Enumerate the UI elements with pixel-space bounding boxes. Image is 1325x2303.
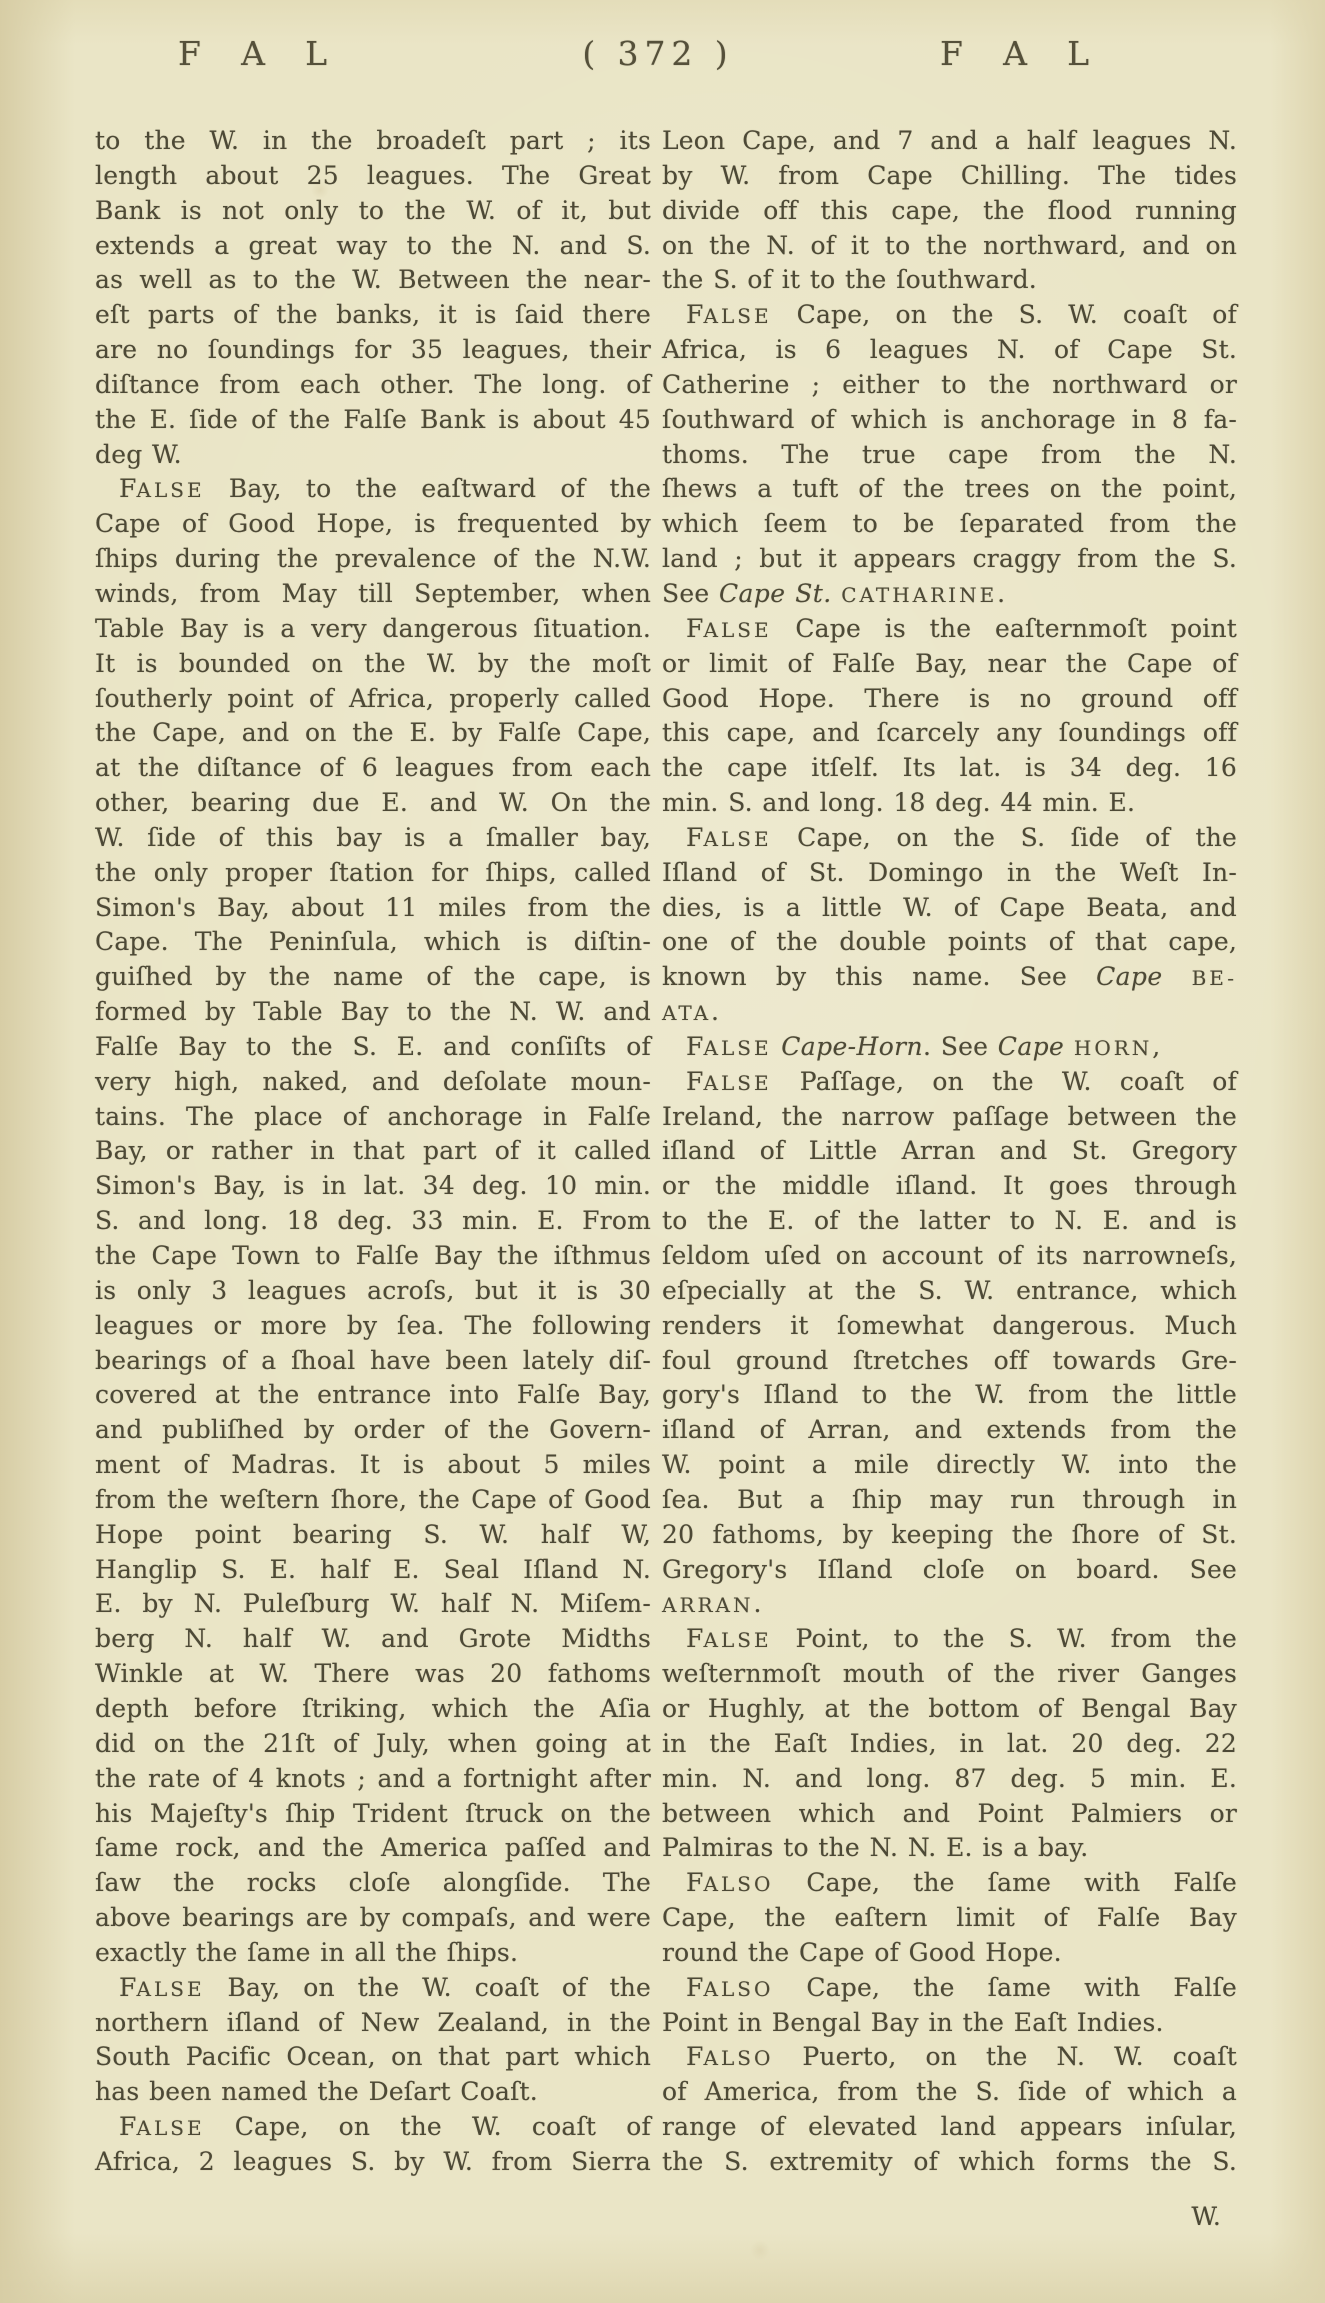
text-line: Africa, 2 leagues S. by W. from Sierra xyxy=(95,2145,651,2180)
text-line: FALSO Cape, the ſame with Falſe xyxy=(662,1866,1237,1901)
text-line: this cape, and ſcarcely any ſoundings of… xyxy=(662,716,1237,751)
text-line: Leon Cape, and 7 and a half leagues N. xyxy=(662,124,1237,159)
text-line: length about 25 leagues. The Great xyxy=(95,159,651,194)
text-line: Simon's Bay, is in lat. 34 deg. 10 min. xyxy=(95,1169,651,1204)
text-line: Cape of Good Hope, is frequented by xyxy=(95,507,651,542)
text-line: formed by Table Bay to the N. W. and xyxy=(95,995,651,1030)
text-line: Palmiras to the N. N. E. is a bay. xyxy=(662,1831,1237,1866)
text-line: See Cape St. CATHARINE. xyxy=(662,577,1237,612)
text-line: to the W. in the broadeſt part ; its xyxy=(95,124,651,159)
text-line: eſt parts of the banks, it is ſaid there xyxy=(95,298,651,333)
text-line: extends a great way to the N. and S. xyxy=(95,229,651,264)
text-line: did on the 21ſt of July, when going at xyxy=(95,1727,651,1762)
text-line: thoms. The true cape from the N. xyxy=(662,438,1237,473)
text-line: FALSE Bay, on the W. coaſt of the xyxy=(95,1971,651,2006)
text-line: FALSE Bay, to the eaſtward of the xyxy=(95,472,651,507)
text-line: of America, from the S. ſide of which a xyxy=(662,2075,1237,2110)
text-line: weſternmoſt mouth of the river Ganges xyxy=(662,1657,1237,1692)
text-line: iſland of Little Arran and St. Gregory xyxy=(662,1134,1237,1169)
text-line: one of the double points of that cape, xyxy=(662,925,1237,960)
text-line: other, bearing due E. and W. On the xyxy=(95,786,651,821)
text-line: ſea. But a ſhip may run through in xyxy=(662,1483,1237,1518)
text-line: on the N. of it to the northward, and on xyxy=(662,229,1237,264)
text-line: Iſland of St. Domingo in the Weſt In- xyxy=(662,856,1237,891)
text-line: ment of Madras. It is about 5 miles xyxy=(95,1448,651,1483)
text-line: renders it ſomewhat dangerous. Much xyxy=(662,1309,1237,1344)
text-line: Falſe Bay to the S. E. and conſiſts of xyxy=(95,1030,651,1065)
text-line: from the weſtern ſhore, the Cape of Good xyxy=(95,1483,651,1518)
text-line: leagues or more by ſea. The following xyxy=(95,1309,651,1344)
text-line: known by this name. See Cape BE- xyxy=(662,960,1237,995)
text-line: Winkle at W. There was 20 fathoms xyxy=(95,1657,651,1692)
header-left-title: F A L xyxy=(178,34,342,73)
text-line: 20 fathoms, by keeping the ſhore of St. xyxy=(662,1518,1237,1553)
text-line: ſoutherly point of Africa, properly call… xyxy=(95,682,651,717)
text-line: the S. of it to the ſouthward. xyxy=(662,263,1237,298)
text-line: guiſhed by the name of the cape, is xyxy=(95,960,651,995)
text-line: min. S. and long. 18 deg. 44 min. E. xyxy=(662,786,1237,821)
text-line: ſouthward of which is anchorage in 8 fa- xyxy=(662,403,1237,438)
text-line: Bank is not only to the W. of it, but xyxy=(95,194,651,229)
text-line: depth before ſtriking, which the Aſia xyxy=(95,1692,651,1727)
page-header: F A L ( 372 ) F A L xyxy=(0,34,1325,86)
header-right-title: F A L xyxy=(940,34,1104,73)
text-line: foul ground ſtretches off towards Gre- xyxy=(662,1344,1237,1379)
text-line: min. N. and long. 87 deg. 5 min. E. xyxy=(662,1762,1237,1797)
text-line: or Hughly, at the bottom of Bengal Bay xyxy=(662,1692,1237,1727)
column-left: to the W. in the broadeſt part ; itsleng… xyxy=(95,124,651,2180)
text-line: divide off this cape, the flood running xyxy=(662,194,1237,229)
text-line: winds, from May till September, when xyxy=(95,577,651,612)
text-line: which ſeem to be ſeparated from the xyxy=(662,507,1237,542)
text-line: Hanglip S. E. half E. Seal Iſland N. xyxy=(95,1553,651,1588)
text-line: is only 3 leagues acroſs, but it is 30 xyxy=(95,1274,651,1309)
text-line: bearings of a ſhoal have been lately diſ… xyxy=(95,1344,651,1379)
text-line: Gregory's Iſland cloſe on board. See xyxy=(662,1553,1237,1588)
text-line: and publiſhed by order of the Govern- xyxy=(95,1413,651,1448)
text-line: the rate of 4 knots ; and a fortnight af… xyxy=(95,1762,651,1797)
text-line: FALSE Cape is the eaſternmoſt point xyxy=(662,612,1237,647)
text-line: has been named the Deſart Coaſt. xyxy=(95,2075,651,2110)
text-line: the E. ſide of the Falſe Bank is about 4… xyxy=(95,403,651,438)
text-line: to the E. of the latter to N. E. and is xyxy=(662,1204,1237,1239)
text-line: round the Cape of Good Hope. xyxy=(662,1936,1237,1971)
text-line: Hope point bearing S. W. half W, xyxy=(95,1518,651,1553)
text-line: FALSO Cape, the ſame with Falſe xyxy=(662,1971,1237,2006)
text-line: are no ſoundings for 35 leagues, their xyxy=(95,333,651,368)
text-line: South Pacific Ocean, on that part which xyxy=(95,2040,651,2075)
text-line: by W. from Cape Chilling. The tides xyxy=(662,159,1237,194)
text-line: FALSO Puerto, on the N. W. coaſt xyxy=(662,2040,1237,2075)
text-line: FALSE Cape, on the W. coaſt of xyxy=(95,2110,651,2145)
text-line: covered at the entrance into Falſe Bay, xyxy=(95,1378,651,1413)
page-number: ( 372 ) xyxy=(582,34,733,73)
text-line: Good Hope. There is no ground off xyxy=(662,682,1237,717)
text-line: the only proper ſtation for ſhips, calle… xyxy=(95,856,651,891)
text-line: deg W. xyxy=(95,438,651,473)
text-line: Ireland, the narrow paſſage between the xyxy=(662,1100,1237,1135)
text-line: S. and long. 18 deg. 33 min. E. From xyxy=(95,1204,651,1239)
text-line: ſhews a tuft of the trees on the point, xyxy=(662,472,1237,507)
text-line: in the Eaſt Indies, in lat. 20 deg. 22 xyxy=(662,1727,1237,1762)
text-line: ſeldom uſed on account of its narrowneſs… xyxy=(662,1239,1237,1274)
text-line: FALSE Point, to the S. W. from the xyxy=(662,1622,1237,1657)
text-line: E. by N. Puleſburg W. half N. Miſem- xyxy=(95,1587,651,1622)
text-line: It is bounded on the W. by the moſt xyxy=(95,647,651,682)
text-line: FALSE Paſſage, on the W. coaſt of xyxy=(662,1065,1237,1100)
text-line: FALSE Cape-Horn. See Cape HORN, xyxy=(662,1030,1237,1065)
text-line: Cape. The Peninſula, which is diſtin- xyxy=(95,925,651,960)
text-line: or limit of Falſe Bay, near the Cape of xyxy=(662,647,1237,682)
text-line: land ; but it appears craggy from the S. xyxy=(662,542,1237,577)
text-line: iſland of Arran, and extends from the xyxy=(662,1413,1237,1448)
text-line: ſaw the rocks cloſe alongſide. The xyxy=(95,1866,651,1901)
text-line: Africa, is 6 leagues N. of Cape St. xyxy=(662,333,1237,368)
text-line: as well as to the W. Between the near- xyxy=(95,263,651,298)
text-line: the Cape Town to Falſe Bay the iſthmus xyxy=(95,1239,651,1274)
text-line: W. ſide of this bay is a ſmaller bay, xyxy=(95,821,651,856)
text-line: W. xyxy=(662,2200,1237,2235)
text-line: Cape, the eaſtern limit of Falſe Bay xyxy=(662,1901,1237,1936)
text-line: gory's Iſland to the W. from the little xyxy=(662,1378,1237,1413)
text-line: tains. The place of anchorage in Falſe xyxy=(95,1100,651,1135)
text-line: very high, naked, and deſolate moun- xyxy=(95,1065,651,1100)
text-line: berg N. half W. and Grote Midths xyxy=(95,1622,651,1657)
text-line: the Cape, and on the E. by Falſe Cape, xyxy=(95,716,651,751)
text-line: his Majeſty's ſhip Trident ſtruck on the xyxy=(95,1797,651,1832)
text-line: Simon's Bay, about 11 miles from the xyxy=(95,891,651,926)
text-line: Table Bay is a very dangerous ſituation. xyxy=(95,612,651,647)
text-line: Bay, or rather in that part of it called xyxy=(95,1134,651,1169)
text-line: ſame rock, and the America paſſed and xyxy=(95,1831,651,1866)
text-line: at the diſtance of 6 leagues from each xyxy=(95,751,651,786)
text-line: above bearings are by compaſs, and were xyxy=(95,1901,651,1936)
text-line: FALSE Cape, on the S. W. coaſt of xyxy=(662,298,1237,333)
text-line: Catherine ; either to the northward or xyxy=(662,368,1237,403)
column-right: Leon Cape, and 7 and a half leagues N.by… xyxy=(662,124,1237,2235)
text-line: dies, is a little W. of Cape Beata, and xyxy=(662,891,1237,926)
text-line: ATA. xyxy=(662,995,1237,1030)
text-line: or the middle iſland. It goes through xyxy=(662,1169,1237,1204)
text-line: eſpecially at the S. W. entrance, which xyxy=(662,1274,1237,1309)
text-line: exactly the ſame in all the ſhips. xyxy=(95,1936,651,1971)
book-page: F A L ( 372 ) F A L to the W. in the bro… xyxy=(0,0,1325,2303)
text-line: ARRAN. xyxy=(662,1587,1237,1622)
text-line: the cape itſelf. Its lat. is 34 deg. 16 xyxy=(662,751,1237,786)
text-line: between which and Point Palmiers or xyxy=(662,1797,1237,1832)
text-line: FALSE Cape, on the S. ſide of the xyxy=(662,821,1237,856)
text-line: Point in Bengal Bay in the Eaſt Indies. xyxy=(662,2006,1237,2041)
text-line: range of elevated land appears inſular, xyxy=(662,2110,1237,2145)
text-line: W. point a mile directly W. into the xyxy=(662,1448,1237,1483)
text-line: diſtance from each other. The long. of xyxy=(95,368,651,403)
text-line: northern iſland of New Zealand, in the xyxy=(95,2006,651,2041)
text-line: the S. extremity of which forms the S. xyxy=(662,2145,1237,2180)
text-line: ſhips during the prevalence of the N.W. xyxy=(95,542,651,577)
